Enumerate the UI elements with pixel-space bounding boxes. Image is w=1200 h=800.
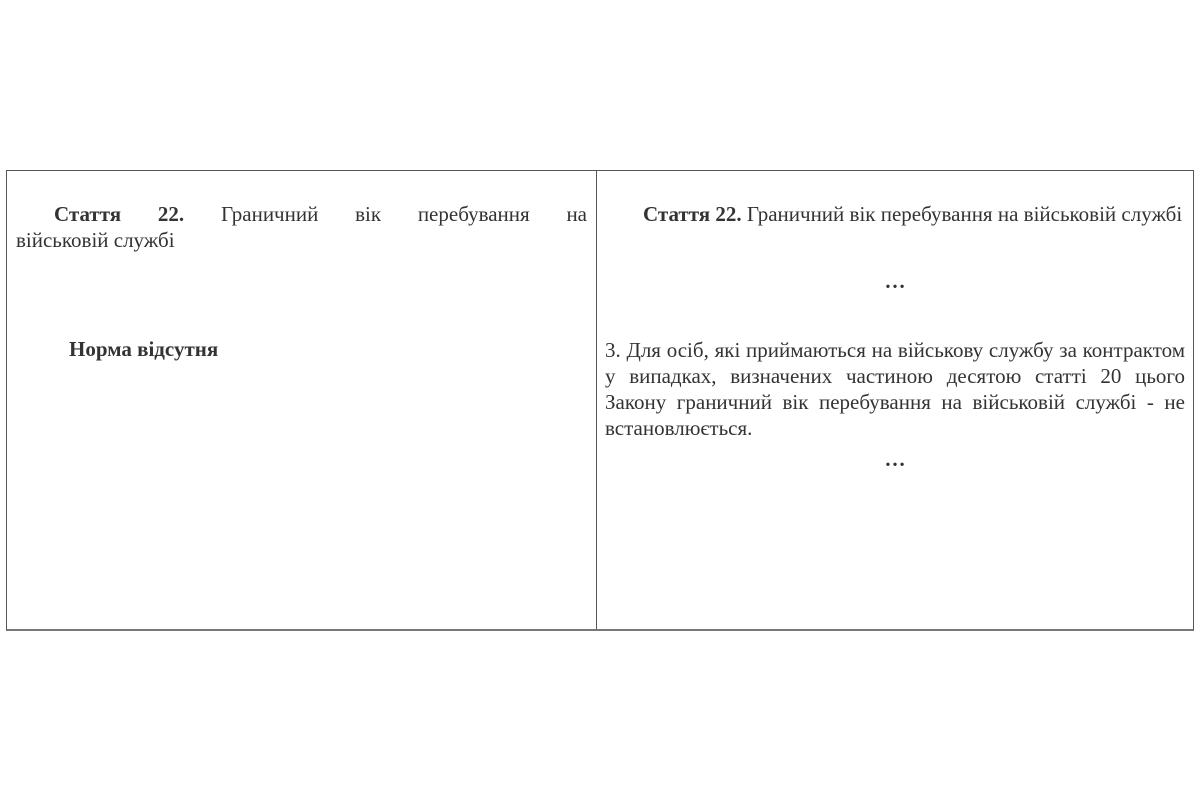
- article-title: Граничний вік перебування на: [221, 202, 587, 226]
- comparison-table: Стаття 22. Граничний вік перебування на …: [6, 170, 1194, 631]
- ellipsis-top: …: [597, 269, 1193, 294]
- right-article-heading: Стаття 22. Граничний вік перебування на …: [605, 201, 1185, 227]
- left-column-cell: Стаття 22. Граничний вік перебування на …: [7, 171, 597, 629]
- article-label: Стаття 22.: [54, 202, 184, 226]
- right-column-cell: Стаття 22. Граничний вік перебування на …: [597, 171, 1193, 629]
- norm-absent-note: Норма відсутня: [69, 336, 218, 362]
- article-label: Стаття 22.: [643, 202, 742, 226]
- ellipsis-bottom: …: [597, 447, 1193, 472]
- left-article-heading-line2: військовій службі: [16, 227, 587, 253]
- left-article-heading-line1: Стаття 22. Граничний вік перебування на: [16, 201, 587, 227]
- article-title: Граничний вік перебування на військовій …: [747, 202, 1182, 226]
- paragraph-3: 3. Для осіб, які приймаються на військов…: [605, 337, 1185, 441]
